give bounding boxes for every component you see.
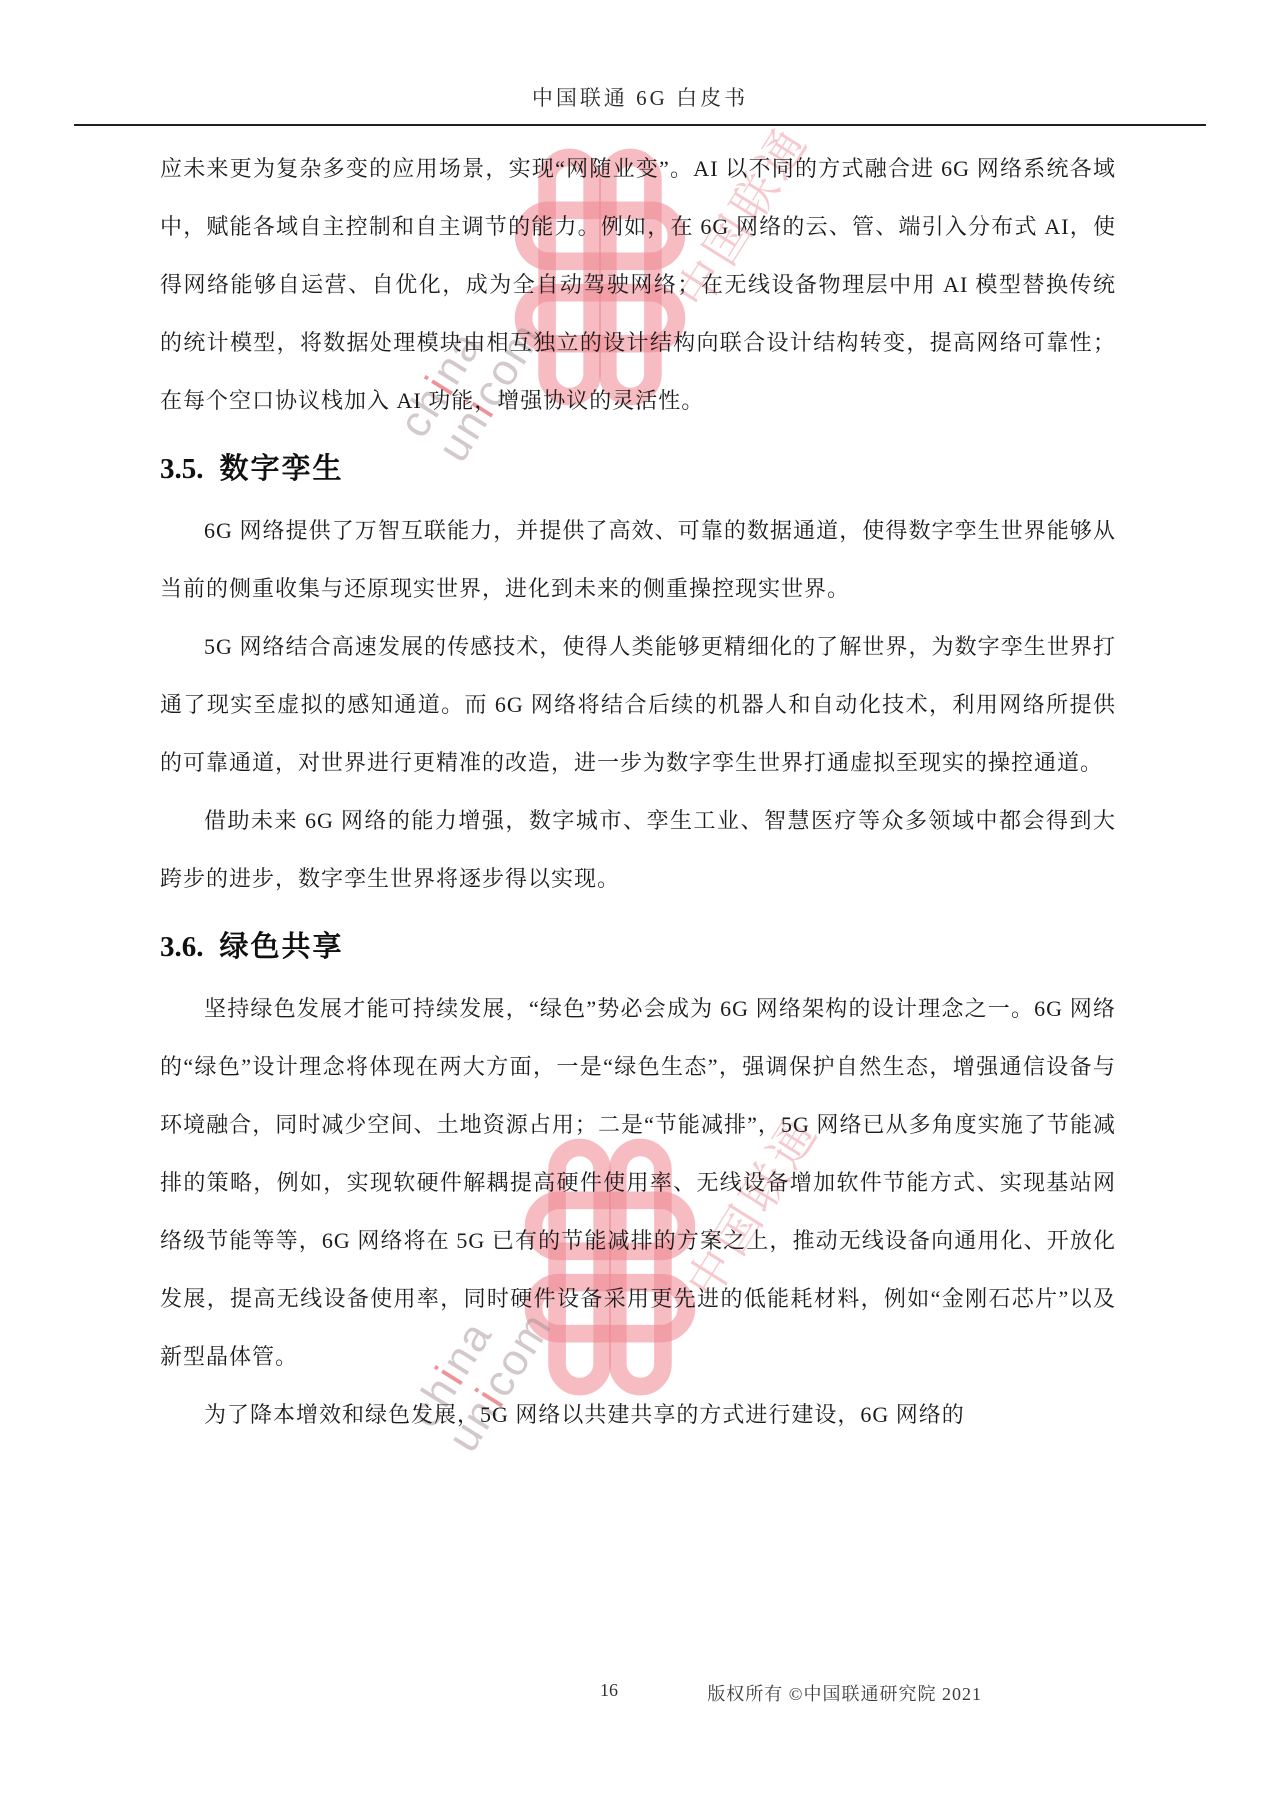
- paragraph: 坚持绿色发展才能可持续发展，“绿色”势必会成为 6G 网络架构的设计理念之一。6…: [160, 980, 1116, 1386]
- document-body: 应未来更为复杂多变的应用场景，实现“网随业变”。AI 以不同的方式融合进 6G …: [160, 140, 1116, 1444]
- section-number: 3.6.: [160, 931, 204, 963]
- section-heading-3-6: 3.6.绿色共享: [160, 924, 1116, 970]
- page-header-title: 中国联通 6G 白皮书: [0, 82, 1280, 112]
- section-title: 绿色共享: [220, 931, 344, 963]
- document-page: china unicom 中国联通 china unicom 中国联通 中国联通…: [0, 0, 1280, 1810]
- section-heading-3-5: 3.5.数字孪生: [160, 446, 1116, 492]
- header-divider: [74, 124, 1206, 126]
- paragraph-intro-continuation: 应未来更为复杂多变的应用场景，实现“网随业变”。AI 以不同的方式融合进 6G …: [160, 140, 1116, 430]
- paragraph: 借助未来 6G 网络的能力增强，数字城市、孪生工业、智慧医疗等众多领域中都会得到…: [160, 792, 1116, 908]
- section-number: 3.5.: [160, 453, 204, 485]
- paragraph: 6G 网络提供了万智互联能力，并提供了高效、可靠的数据通道，使得数字孪生世界能够…: [160, 502, 1116, 618]
- page-number: 16: [600, 1680, 618, 1701]
- section-title: 数字孪生: [220, 453, 344, 485]
- copyright-notice: 版权所有 ©中国联通研究院 2021: [707, 1680, 982, 1706]
- paragraph: 为了降本增效和绿色发展，5G 网络以共建共享的方式进行建设，6G 网络的: [160, 1386, 1116, 1444]
- paragraph: 5G 网络结合高速发展的传感技术，使得人类能够更精细化的了解世界，为数字孪生世界…: [160, 618, 1116, 792]
